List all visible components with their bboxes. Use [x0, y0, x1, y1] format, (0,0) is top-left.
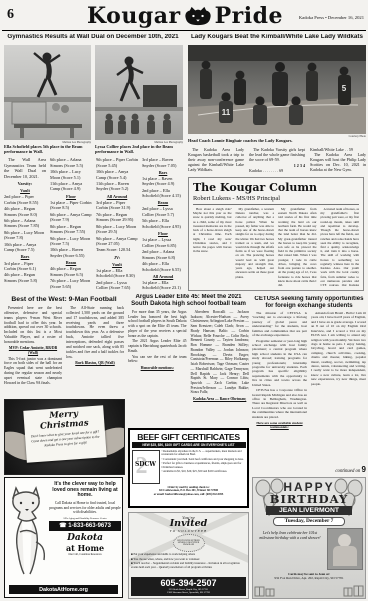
text-line: 10th place – Lucy Moon (Score 5.1) [50, 169, 92, 180]
birthday-word-birthday: BIRTHDAY [255, 494, 363, 505]
text-line: 2nd place – Ella Schofield (Score 4.15) [142, 188, 184, 199]
basketball-photo: 11 5 [188, 45, 366, 134]
logo-line-2: at Home [49, 543, 121, 553]
text-line: Aberdeen Roncalli — Jackson Isakson; Alc… [191, 310, 250, 395]
text-line: 2nd place – Piper Corbin (Score 8.55) [4, 194, 46, 205]
column-byline: Robert Lukens - MS/HS Principal [193, 195, 359, 205]
text-line: Here are some available student testimon… [252, 421, 307, 430]
argus-article: For more than 35 years, the Argus Leader… [128, 310, 249, 426]
beef-ad-title: BEEF GIFT CERTIFICATES [132, 432, 246, 442]
text-line: A trusted team of horses, as my grandfat… [321, 207, 360, 289]
svg-text:5: 5 [342, 84, 347, 93]
script-big: Invited [131, 520, 246, 529]
text-line: 9th place – Lucy Moon (Score 7.5) [50, 236, 92, 247]
photo-credit: Melissa Lee Photography [95, 141, 183, 144]
text-line: Honorable mentions: [128, 366, 187, 371]
christmas-subscription-ad: Merry Christmas Don't know what to give … [4, 399, 125, 475]
birthday-message: Let's help Jean celebrate her 101st mile… [255, 528, 325, 570]
text-line: 1st place – Lyssa Collier (Score 6.85) [142, 237, 184, 248]
beef-ad-subtitle: NEW $25, $50, $100 GIFT CARDS ARE ON EVE… [132, 442, 246, 448]
text-line: 1st place – Piper Corbin (Score 8.5) [50, 200, 92, 211]
sdcw-logo: 2 SDCW [132, 450, 160, 484]
masthead-right: Pride [215, 3, 283, 29]
fox-mascot-icon [6, 482, 48, 577]
text-line: 3rd place – Piper Corbin (Score 31.9) [96, 200, 138, 211]
cetusa-headline: CETUSA seeking family opportunities for … [252, 296, 366, 310]
header-rule [2, 30, 366, 31]
text-line: For more than 35 years, the Argus Leader… [128, 310, 187, 338]
text-line: All Around [142, 274, 184, 280]
text-line: All Around [96, 194, 138, 200]
text-line: The Kadoka Varsity girls kept the lead t… [249, 147, 305, 162]
invited-script: You're Invited TO VOLUNTEER [131, 515, 246, 533]
text-line: Programs: semester or year-long high sch… [252, 339, 307, 388]
text-line: Presented here are the best offensive, d… [4, 306, 62, 345]
masthead: Kougar Pride [80, 2, 290, 29]
text-line: 2nd place – Lyssa Collier (Score 7.65) [96, 280, 138, 291]
text-line: 8th place – Lucy Moon (Score 29.5) [96, 224, 138, 235]
text-line: • Convenient: just mail. Send beef certi… [162, 458, 246, 462]
text-line: Bars [4, 254, 46, 260]
beef-footer-3: or email: beefcertificates@yahoo.com, ca… [132, 493, 246, 497]
gift-box-icon [254, 583, 276, 597]
kougar-column: The Kougar Column Robert Lukens - MS/HS … [188, 177, 364, 291]
text-line: Floor [50, 194, 92, 200]
text-line: 6th place – Arlana Simons (Score 7.85) [4, 218, 46, 229]
sdcw-logo-text: SDCW [133, 461, 159, 468]
birthday-date: Tuesday, December 7 [273, 517, 345, 526]
text-line: Burk Blasius, QB (Wall) [66, 361, 124, 366]
continued-page-number: 9 [362, 465, 366, 474]
best-west-article: Presented here are the best offensive, d… [4, 306, 124, 397]
text-line: The All-State running back collected 1,5… [66, 306, 124, 359]
svg-text:11: 11 [222, 108, 231, 117]
dakota-phone-number: ☎ 1-833-663-9673 [49, 521, 121, 531]
text-line: 4th place – Regan Simons (Score 8.0) [4, 206, 46, 217]
text-line: The Wall Area Gymnastics Team held the W… [4, 157, 46, 179]
text-line: Vault [4, 188, 46, 194]
jean-photo [327, 528, 363, 570]
text-line: Kadoka . . . . . . . . 69 [249, 168, 305, 173]
continued-note: continued on 9 [252, 465, 366, 474]
text-line: • Perfect for gifts to business acquaint… [162, 462, 246, 469]
photo-caption: Lyssa Collier places 2nd place in the Be… [95, 145, 183, 155]
text-line: 5th place – Ella Schofield (Score 4.95) [142, 218, 184, 229]
text-line: Team Score: 120.54 [96, 247, 138, 253]
program-seal: WEST RIVER RETIRED SENIOR VOLUNTEER PROG… [173, 534, 205, 552]
text-line: MVP: Cedar Amiotte, RB/DB (Wall) [4, 346, 62, 356]
photo-credit: Melissa Lee Photography [4, 141, 91, 144]
text-line: Amanda from Brazil - Hello! I am 16 year… [311, 311, 366, 386]
text-line: 11th place – Amya Camp (Score 4.9) [50, 181, 92, 192]
text-line: This 5-foot junior was a dominant force … [4, 357, 62, 386]
rsvp-volunteer-ad: You're Invited TO VOLUNTEER WEST RIVER R… [128, 512, 249, 599]
argus-headline: Argus Leader Elite 45: Meet the 2021 Sou… [128, 294, 249, 308]
photo-credit: Courtesy Photo [188, 135, 366, 138]
birthday-address: 932 Fox Run Drive, Apt. 202, Rapid City,… [255, 576, 363, 580]
column-body: How about a sleigh ride? Maybe not this … [193, 207, 359, 289]
newspaper-page: { "colors": {"paper":"#f3f2ef","ink":"#1… [0, 0, 368, 601]
photo-caption: Ella Schofield places 5th place in the B… [4, 145, 91, 155]
text-line: 7th place – Lucy Moon (Score 5.65) [50, 278, 92, 289]
birthday-ad: HAPPY BIRTHDAY JEAN LIVERMONT Tuesday, D… [252, 477, 366, 599]
masthead-left: Kougar [87, 3, 181, 29]
text-line: 4th place – Ella Schofield (Score 6.55) [142, 261, 184, 272]
text-line: The Kadoka Area Lady Kougars will host t… [310, 152, 366, 172]
gymnastics-photo-1 [4, 45, 91, 140]
dakota-at-home-logo: Dakota at Home [49, 533, 121, 553]
text-line: 6th place – Arlana Simons (Score 5.5) [50, 157, 92, 168]
rsvp-phone-number: 605-394-2507 [131, 578, 246, 588]
best-west-headline: Best of the West: 9-Man Football [4, 296, 124, 303]
portrait-shoulders [333, 546, 357, 566]
birthday-name: JEAN LIVERMONT [266, 506, 352, 515]
cetusa-article: The mission of CETUSA is "reaching out t… [252, 311, 366, 463]
text-line: Beam [142, 200, 184, 206]
text-line: 9th place – Amya Camp (Score 27.05) [96, 236, 138, 247]
text-line: • Redeemable anywhere in the U.S. — supe… [162, 450, 246, 457]
column-title: The Kougar Column [193, 181, 359, 194]
dakota-ad-body: Call Dakota at Home to find trusted, loc… [49, 501, 121, 514]
text-line: 8th place – Regan Simons (Score 7.55) [50, 224, 92, 235]
text-line: Varsity: [4, 181, 46, 187]
dakota-at-home-ad: It's the clever way to help loved ones r… [4, 477, 123, 598]
text-line: 4th place – Regan Simons (Score 5.8) [4, 272, 46, 283]
text-line: Bars [142, 170, 184, 176]
gymnastics-headline: Gymnastics Results at Wall Dual on Decem… [4, 34, 182, 41]
text-line: How about a sleigh ride? Maybe not this … [193, 207, 232, 253]
rsvp-bullets: ■ Put your experience and skills to work… [131, 553, 246, 570]
photo-caption: Head Coach Lonnie Ringhair coaches the L… [188, 139, 366, 144]
gymnastics-results: The Wall Area Gymnastics Team held the W… [4, 157, 184, 292]
text-line: 7th place – Regan Simons (Score 29.95) [96, 212, 138, 223]
christmas-card: Merry Christmas Don't know what to give … [23, 405, 106, 462]
continued-label: continued on [335, 469, 360, 474]
rsvp-footer: 605-394-2507 333 Sixth Street, Rapid Cit… [131, 577, 246, 596]
text-line: 10th place – Amya Camp (Score 7.5) [4, 242, 46, 253]
text-line: 9th place – Piper Corbin (Score 5.45) [96, 157, 138, 168]
text-line: CETUSA has a Corporate Office in Grand R… [252, 388, 307, 419]
dateline: Kadoka Press • December 16, 2021 [274, 15, 364, 20]
text-line: Beam [50, 260, 92, 266]
text-line: The Kadoka Area Lady Kougars basketball … [188, 147, 244, 173]
text-line: The mission of CETUSA is "reaching out t… [252, 311, 307, 338]
text-line: Kadoka Area — Rance Ohrtman; [191, 397, 250, 402]
text-line: 1st place – Ella Schofield (Score 23.1) [142, 280, 184, 291]
rsvp-address-2: 1300 Sherman Street, Spearfish, SD 57783 [131, 591, 246, 594]
text-line: 1st place – Ella Schofield (Score 8.30) [96, 268, 138, 279]
text-line: 11th place – Raven Snyder (Score 5.2) [96, 181, 138, 192]
dakota-ad-smallprint: SD's Aging and Disability Resource Cente… [49, 517, 121, 520]
text-line: 6th place – Amya Camp (Score 7.9) [50, 212, 92, 223]
text-line: Vault [96, 262, 138, 268]
text-line: 2nd place – Arlana Simons (Score 6.8) [142, 249, 184, 260]
text-line: 3rd place – Piper Corbin (Score 6.1) [4, 261, 46, 272]
gift-box-icon [342, 583, 364, 597]
dakota-website: DakotaAtHome.org [9, 585, 118, 594]
text-line: The 2021 Argus Leader Elite 45 captain i… [128, 339, 187, 353]
cougar-head-icon [183, 6, 213, 26]
beef-ad-bullets: • Redeemable anywhere in the U.S. — supe… [162, 450, 246, 484]
script-sub: TO VOLUNTEER [131, 529, 246, 533]
text-line: 10th place – Raven Snyder (Score 6.55) [50, 247, 92, 258]
text-line: 2nd place – Lyssa Collier (Score 5.7) [142, 206, 184, 217]
text-line: Floor [142, 231, 184, 237]
dakota-tagline: One Call, Countless Resources [49, 553, 121, 556]
page-number: 6 [7, 7, 14, 23]
text-line: 1st place – Raven Snyder (Score 4.9) [142, 176, 184, 187]
logo-line-1: Dakota [49, 533, 121, 543]
text-line: My grandfather from eastern North Dakota… [278, 207, 317, 287]
text-line: • Available in $5, $10, $20, $25, $50 an… [162, 470, 246, 474]
text-line: ■ You'll receive: – Supplemental acciden… [131, 562, 246, 570]
text-line: 8th place – Lucy Moon (Score 7.8) [4, 230, 46, 241]
text-line: You can see the rest of the team below: [128, 355, 187, 364]
portrait-head [338, 534, 351, 547]
gymnastics-photo-2 [95, 45, 183, 140]
dakota-ad-headline: It's the clever way to help loved ones r… [49, 482, 121, 499]
text-line: 3rd place – Raven Snyder (Score 7.05) [142, 157, 184, 168]
text-line: JV: [96, 255, 138, 261]
basketball-headline: Lady Kougars Beat the Kimball/White Lake… [188, 34, 366, 41]
basketball-article: The Kadoka Area Lady Kougars basketball … [188, 147, 366, 174]
beef-certificates-ad: BEEF GIFT CERTIFICATES NEW $25, $50, $10… [128, 428, 249, 508]
text-line: 10th place – Amya Camp (Score 5.4) [96, 169, 138, 180]
text-line: My grandfather, a western Dakota rancher… [236, 207, 275, 279]
text-line: 4th place – Regan Simons (Score 6.5) [50, 266, 92, 277]
